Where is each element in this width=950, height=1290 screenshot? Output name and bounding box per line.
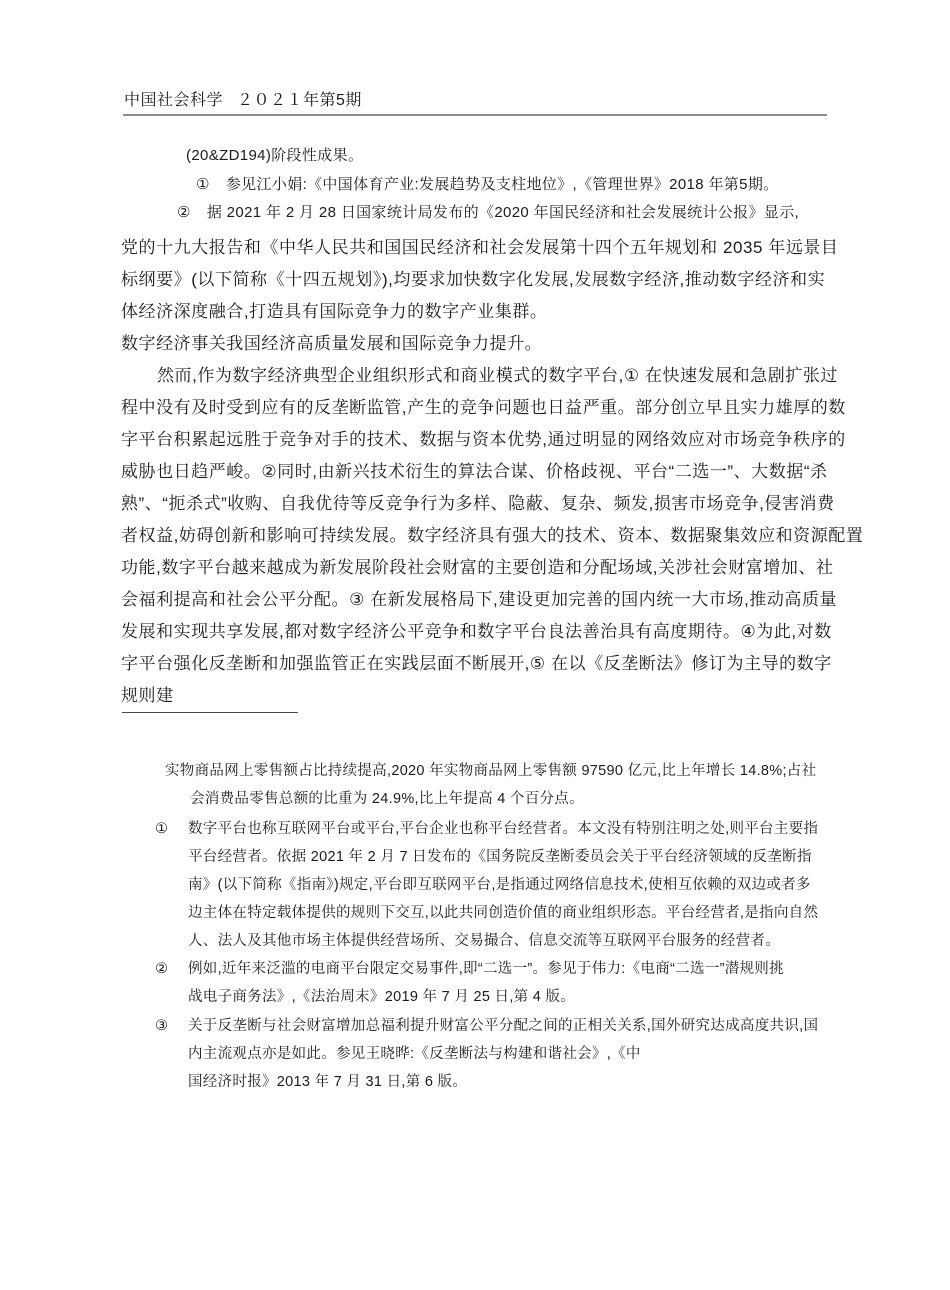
preamble-note-2: ②据 2021 年 2 月 28 日国家统计局发布的《2020 年国民经济和社会… xyxy=(177,201,799,222)
page-header: 中国社会科学２０２１年第5期 xyxy=(124,87,362,110)
document-page: 中国社会科学２０２１年第5期 (20&ZD194)阶段性成果。 ①参见江小娟:《… xyxy=(0,0,950,1290)
footnote-2-marker: ② xyxy=(155,955,188,983)
footnote-item-1: ① 数字平台也称互联网平台或平台,平台企业也称平台经营者。本文没有特别注明之处,… xyxy=(155,815,865,955)
footnote-line: 国经济时报》2013 年 7 月 31 日,第 6 版。 xyxy=(188,1068,865,1096)
body-line: 熟”、“扼杀式”收购、自我优待等反竞争行为多样、隐蔽、复杂、频发,损害市场竞争,… xyxy=(121,488,861,520)
body-line: 体经济深度融合,打造具有国际竞争力的数字产业集群。 xyxy=(121,296,861,328)
header-rule xyxy=(123,114,827,116)
footnote-3-marker: ③ xyxy=(155,1012,188,1040)
body-line: 者权益,妨碍创新和影响可持续发展。数字经济具有强大的技术、资本、数据聚集效应和资… xyxy=(121,520,861,552)
footnote-line: 关于反垄断与社会财富增加总福利提升财富公平分配之间的正相关关系,国外研究达成高度… xyxy=(188,1012,865,1040)
body-line-paragraph-start: 然而,作为数字经济典型企业组织形式和商业模式的数字平台,① 在快速发展和急剧扩张… xyxy=(121,360,861,392)
body-line: 功能,数字平台越来越成为新发展阶段社会财富的主要创造和分配场域,关涉社会财富增加… xyxy=(121,552,861,584)
footnotes-section: 实物商品网上零售额占比持续提高,2020 年实物商品网上零售额 97590 亿元… xyxy=(155,757,865,1096)
footnote-1-marker: ① xyxy=(155,815,188,843)
footnote-ref-2-marker: ② xyxy=(177,203,191,221)
issue-label: ２０２１年第5期 xyxy=(237,92,362,109)
footnote-line: 例如,近年来泛滥的电商平台限定交易事件,即“二选一”。参见于伟力:《电商“二选一… xyxy=(188,955,865,983)
footnote-ref-1-marker: ① xyxy=(196,175,210,193)
footnote-line: 边主体在特定载体提供的规则下交互,以此共同创造价值的商业组织形态。平台经营者,是… xyxy=(188,899,865,927)
body-line: 字平台积累起远胜于竞争对手的技术、数据与资本优势,通过明显的网络效应对市场竞争秩… xyxy=(121,424,861,456)
footnote-divider xyxy=(122,712,298,713)
body-line: 标纲要》(以下简称《十四五规划》),均要求加快数字化发展,发展数字经济,推动数字… xyxy=(121,264,861,296)
body-line: 字平台强化反垄断和加强监管正在实践层面不断展开,⑤ 在以《反垄断法》修订为主导的… xyxy=(121,648,861,680)
body-line: 规则建 xyxy=(121,680,861,712)
article-body: 党的十九大报告和《中华人民共和国国民经济和社会发展第十四个五年规划和 2035 … xyxy=(121,232,861,712)
footnote-ref-2-text: 据 2021 年 2 月 28 日国家统计局发布的《2020 年国民经济和社会发… xyxy=(207,204,799,221)
body-line: 发展和实现共享发展,都对数字经济公平竞争和数字平台良法善治具有高度期待。④为此,… xyxy=(121,616,861,648)
body-line: 威胁也日趋严峻。②同时,由新兴技术衍生的算法合谋、价格歧视、平台“二选一”、大数… xyxy=(121,456,861,488)
footnote-3-text: 关于反垄断与社会财富增加总福利提升财富公平分配之间的正相关关系,国外研究达成高度… xyxy=(188,1012,865,1096)
footnote-continuation: 实物商品网上零售额占比持续提高,2020 年实物商品网上零售额 97590 亿元… xyxy=(155,757,865,813)
footnote-line: 平台经营者。依据 2021 年 2 月 7 日发布的《国务院反垄断委员会关于平台… xyxy=(188,843,865,871)
footnote-line: 人、法人及其他市场主体提供经营场所、交易撮合、信息交流等互联网平台服务的经营者。 xyxy=(188,927,865,955)
acknowledgement-line: (20&ZD194)阶段性成果。 xyxy=(186,144,363,165)
footnote-line: 会消费品零售总额的比重为 24.9%,比上年提高 4 个百分点。 xyxy=(190,785,865,813)
body-line: 会福利提高和社会公平分配。③ 在新发展格局下,建设更加完善的国内统一大市场,推动… xyxy=(121,584,861,616)
footnote-item-3: ③ 关于反垄断与社会财富增加总福利提升财富公平分配之间的正相关关系,国外研究达成… xyxy=(155,1012,865,1096)
preamble-note-1: ①参见江小娟:《中国体育产业:发展趋势及支柱地位》,《管理世界》2018 年第5… xyxy=(196,173,779,194)
body-line: 数字经济事关我国经济高质量发展和国际竞争力提升。 xyxy=(121,328,861,360)
footnote-2-text: 例如,近年来泛滥的电商平台限定交易事件,即“二选一”。参见于伟力:《电商“二选一… xyxy=(188,955,865,1011)
footnote-line: 实物商品网上零售额占比持续提高,2020 年实物商品网上零售额 97590 亿元… xyxy=(165,757,865,785)
footnote-line: 数字平台也称互联网平台或平台,平台企业也称平台经营者。本文没有特别注明之处,则平… xyxy=(188,815,865,843)
footnote-item-2: ② 例如,近年来泛滥的电商平台限定交易事件,即“二选一”。参见于伟力:《电商“二… xyxy=(155,955,865,1011)
body-line: 程中没有及时受到应有的反垄断监管,产生的竞争问题也日益严重。部分创立早且实力雄厚… xyxy=(121,392,861,424)
footnote-line: 南》(以下简称《指南》)规定,平台即互联网平台,是指通过网络信息技术,使相互依赖… xyxy=(188,871,865,899)
footnote-1-text: 数字平台也称互联网平台或平台,平台企业也称平台经营者。本文没有特别注明之处,则平… xyxy=(188,815,865,955)
body-line: 党的十九大报告和《中华人民共和国国民经济和社会发展第十四个五年规划和 2035 … xyxy=(121,232,861,264)
footnote-line: 战电子商务法》,《法治周末》2019 年 7 月 25 日,第 4 版。 xyxy=(188,983,865,1011)
footnote-ref-1-text: 参见江小娟:《中国体育产业:发展趋势及支柱地位》,《管理世界》2018 年第5期… xyxy=(226,176,779,193)
journal-title: 中国社会科学 xyxy=(124,92,223,109)
footnote-line: 内主流观点亦是如此。参见王晓晔:《反垄断法与构建和谐社会》,《中 xyxy=(188,1040,865,1068)
